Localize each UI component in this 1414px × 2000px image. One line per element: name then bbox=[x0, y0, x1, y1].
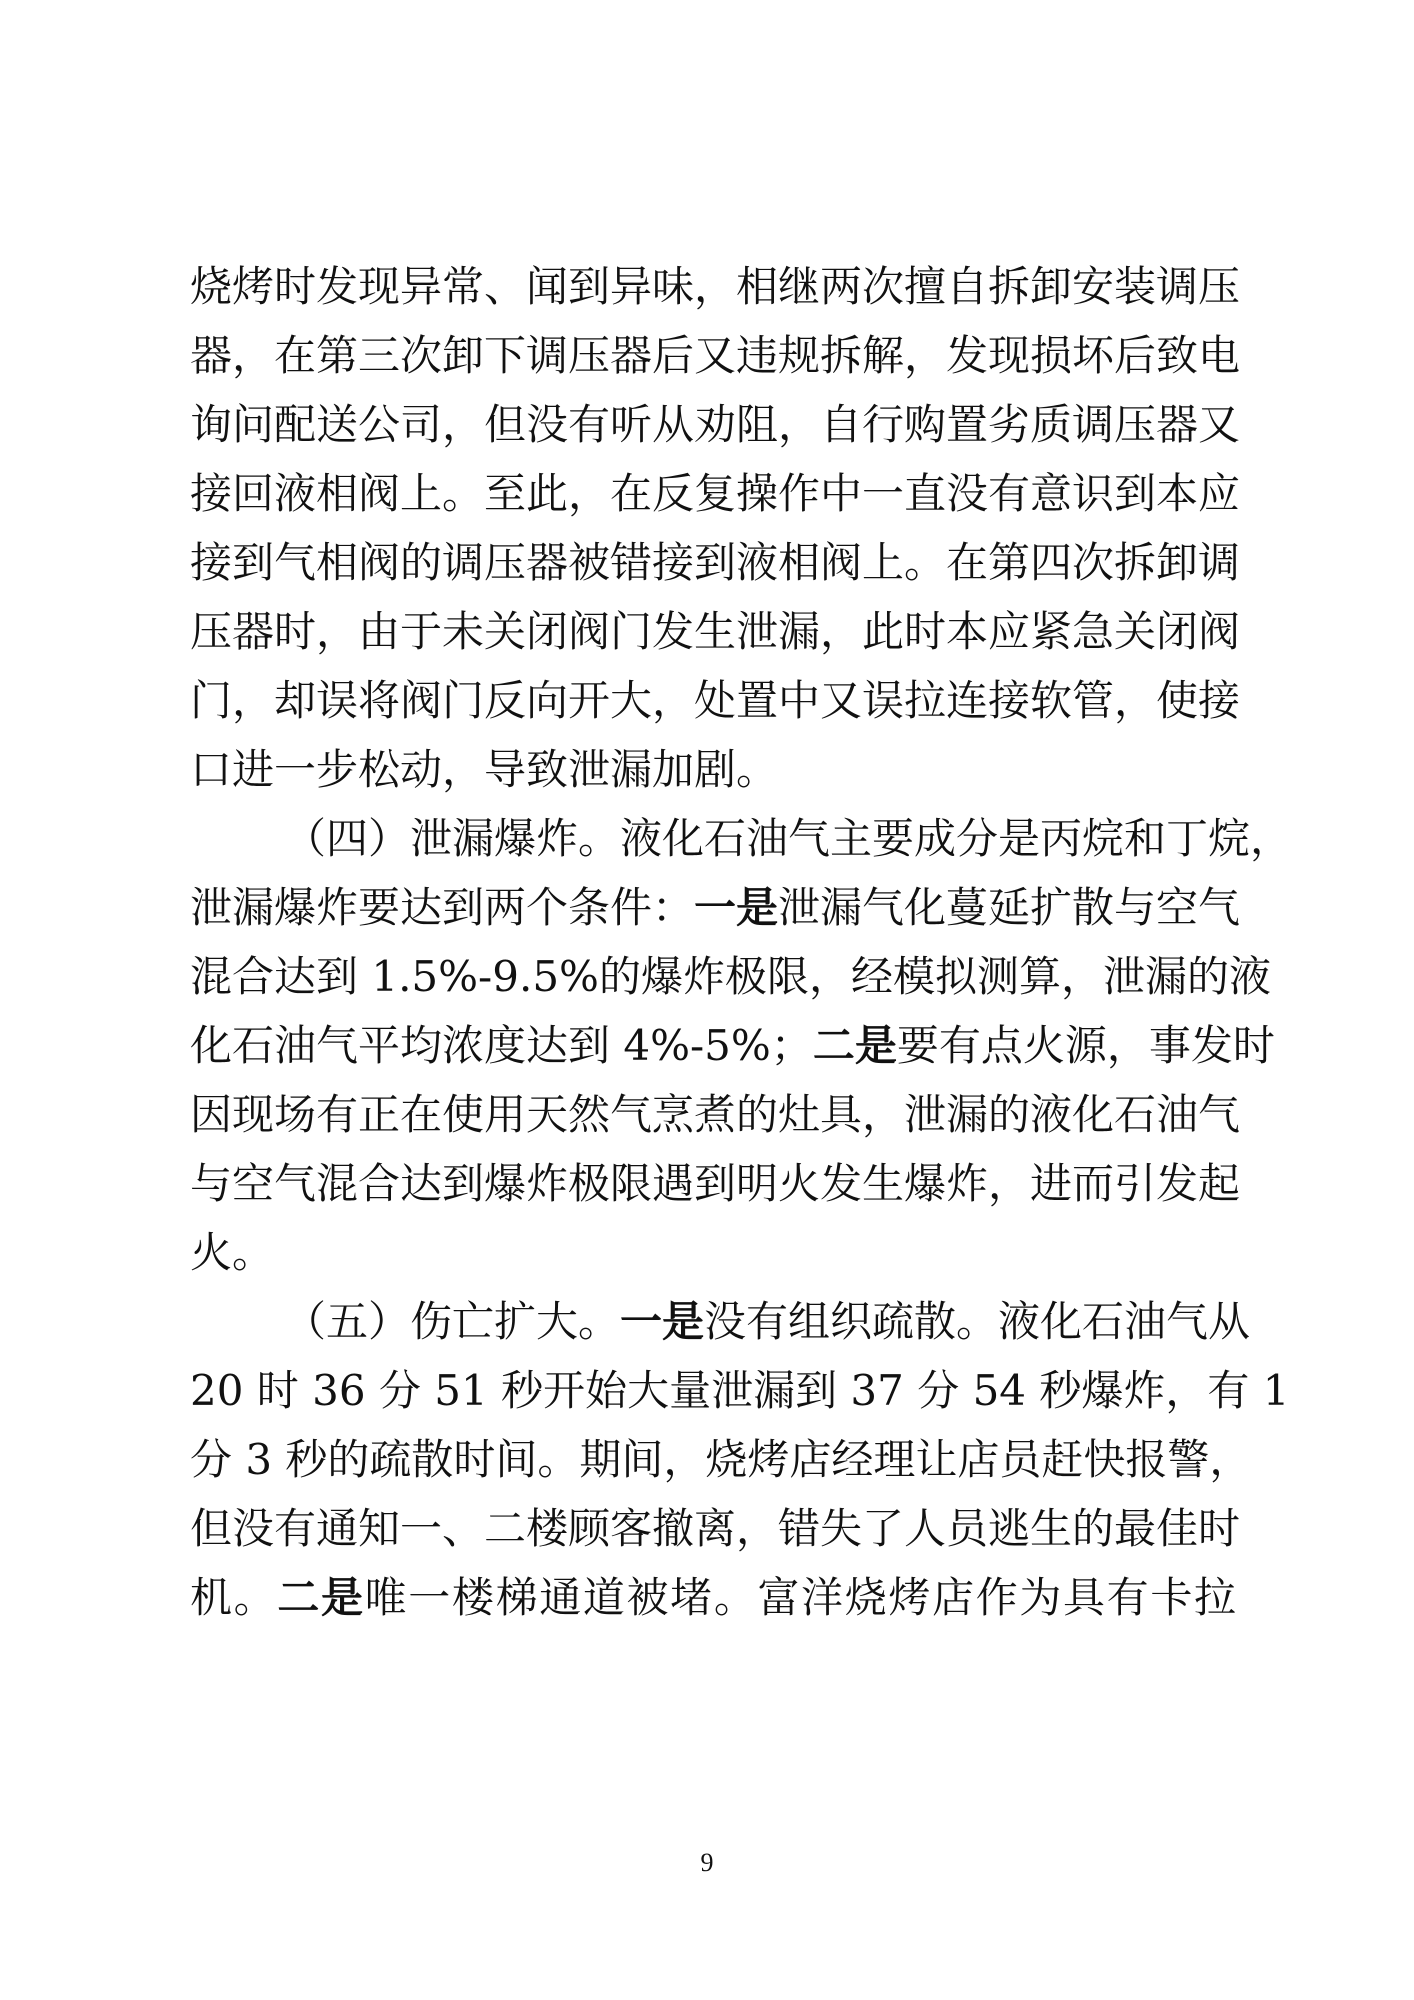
text-segment: 门，却误将阀门反向开大，处置中又误拉连接软管，使接 bbox=[190, 676, 1240, 725]
text-line: 与空气混合达到爆炸极限遇到明火发生爆炸，进而引发起 bbox=[190, 1149, 1236, 1218]
text-line: 因现场有正在使用天然气烹煮的灶具，泄漏的液化石油气 bbox=[190, 1080, 1236, 1149]
text-segment: 化石油气平均浓度达到 4%-5%； bbox=[190, 1021, 813, 1070]
text-line: 混合达到 1.5%-9.5%的爆炸极限，经模拟测算，泄漏的液 bbox=[190, 942, 1236, 1011]
text-segment: 要有点火源，事发时 bbox=[897, 1021, 1275, 1070]
text-line: 泄漏爆炸要达到两个条件：一是泄漏气化蔓延扩散与空气 bbox=[190, 873, 1236, 942]
text-segment: 但没有通知一、二楼顾客撤离，错失了人员逃生的最佳时 bbox=[190, 1504, 1240, 1553]
text-segment: 烧烤时发现异常、闻到异味，相继两次擅自拆卸安装调压 bbox=[190, 262, 1240, 311]
section-heading-line: （五）伤亡扩大。一是没有组织疏散。液化石油气从 bbox=[190, 1287, 1236, 1356]
text-segment: 压器时，由于未关闭阀门发生泄漏，此时本应紧急关闭阀 bbox=[190, 607, 1240, 656]
section-heading-line: （四）泄漏爆炸。液化石油气主要成分是丙烷和丁烷， bbox=[190, 804, 1236, 873]
text-line: 压器时，由于未关闭阀门发生泄漏，此时本应紧急关闭阀 bbox=[190, 597, 1236, 666]
text-line: 化石油气平均浓度达到 4%-5%；二是要有点火源，事发时 bbox=[190, 1011, 1236, 1080]
section-heading-leak-explosion: （四）泄漏爆炸。液化石油气主要成分是丙烷和丁烷， bbox=[284, 814, 1292, 863]
section-heading-casualties: （五）伤亡扩大。 bbox=[284, 1297, 620, 1346]
text-segment: 泄漏气化蔓延扩散与空气 bbox=[778, 883, 1240, 932]
bold-marker: 二是 bbox=[277, 1573, 364, 1622]
text-segment: 因现场有正在使用天然气烹煮的灶具，泄漏的液化石油气 bbox=[190, 1090, 1240, 1139]
document-page: 烧烤时发现异常、闻到异味，相继两次擅自拆卸安装调压 器，在第三次卸下调压器后又违… bbox=[0, 0, 1414, 2000]
text-segment: 器，在第三次卸下调压器后又违规拆解，发现损坏后致电 bbox=[190, 331, 1240, 380]
bold-marker: 一是 bbox=[694, 883, 778, 932]
text-line: 火。 bbox=[190, 1218, 1236, 1287]
text-segment: 询问配送公司，但没有听从劝阻，自行购置劣质调压器又 bbox=[190, 400, 1240, 449]
text-segment: 20 时 36 分 51 秒开始大量泄漏到 37 分 54 秒爆炸，有 1 bbox=[190, 1366, 1289, 1415]
text-line: 接到气相阀的调压器被错接到液相阀上。在第四次拆卸调 bbox=[190, 528, 1236, 597]
page-number: 9 bbox=[0, 1848, 1414, 1878]
text-segment: 泄漏爆炸要达到两个条件： bbox=[190, 883, 694, 932]
text-line: 但没有通知一、二楼顾客撤离，错失了人员逃生的最佳时 bbox=[190, 1494, 1236, 1563]
body-text: 烧烤时发现异常、闻到异味，相继两次擅自拆卸安装调压 器，在第三次卸下调压器后又违… bbox=[190, 252, 1236, 1632]
text-segment: 混合达到 1.5%-9.5%的爆炸极限，经模拟测算，泄漏的液 bbox=[190, 952, 1271, 1001]
text-line: 接回液相阀上。至此，在反复操作中一直没有意识到本应 bbox=[190, 459, 1236, 528]
text-line: 分 3 秒的疏散时间。期间，烧烤店经理让店员赶快报警， bbox=[190, 1425, 1236, 1494]
text-line: 口进一步松动，导致泄漏加剧。 bbox=[190, 735, 1236, 804]
text-segment: 火。 bbox=[190, 1228, 274, 1277]
text-line: 机。二是唯一楼梯通道被堵。富洋烧烤店作为具有卡拉 bbox=[190, 1563, 1236, 1632]
text-line: 烧烤时发现异常、闻到异味，相继两次擅自拆卸安装调压 bbox=[190, 252, 1236, 321]
bold-marker: 一是 bbox=[620, 1297, 704, 1346]
text-segment: 机。 bbox=[190, 1573, 277, 1622]
text-segment: 与空气混合达到爆炸极限遇到明火发生爆炸，进而引发起 bbox=[190, 1159, 1240, 1208]
text-line: 器，在第三次卸下调压器后又违规拆解，发现损坏后致电 bbox=[190, 321, 1236, 390]
text-line: 20 时 36 分 51 秒开始大量泄漏到 37 分 54 秒爆炸，有 1 bbox=[190, 1356, 1236, 1425]
text-segment: 接回液相阀上。至此，在反复操作中一直没有意识到本应 bbox=[190, 469, 1240, 518]
text-line: 询问配送公司，但没有听从劝阻，自行购置劣质调压器又 bbox=[190, 390, 1236, 459]
text-segment: 分 3 秒的疏散时间。期间，烧烤店经理让店员赶快报警， bbox=[190, 1435, 1251, 1484]
text-segment: 唯一楼梯通道被堵。富洋烧烤店作为具有卡拉 bbox=[365, 1573, 1236, 1622]
text-segment: 没有组织疏散。液化石油气从 bbox=[704, 1297, 1250, 1346]
text-segment: 口进一步松动，导致泄漏加剧。 bbox=[190, 745, 778, 794]
text-line: 门，却误将阀门反向开大，处置中又误拉连接软管，使接 bbox=[190, 666, 1236, 735]
bold-marker: 二是 bbox=[813, 1021, 897, 1070]
text-segment: 接到气相阀的调压器被错接到液相阀上。在第四次拆卸调 bbox=[190, 538, 1240, 587]
